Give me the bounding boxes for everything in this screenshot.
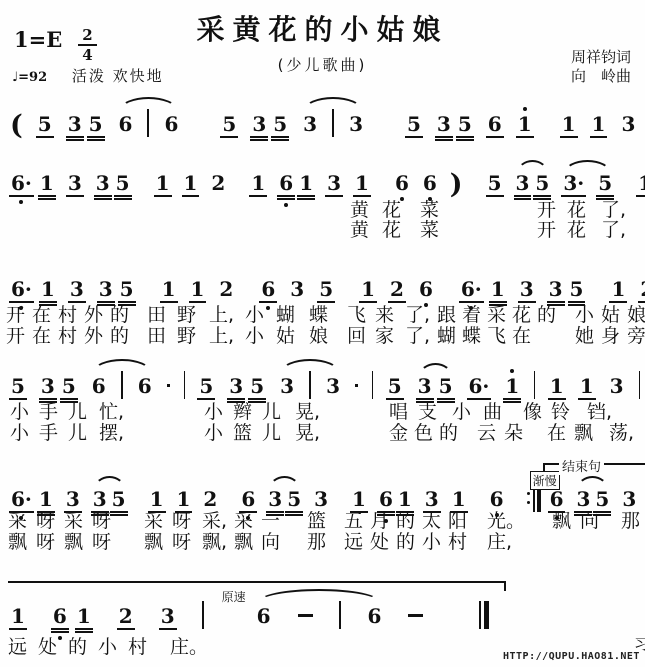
notes-row: (535665353353561113: [10, 105, 639, 135]
music-system: 6·13351126351266·1335126: [10, 270, 639, 300]
tied-group: 35: [515, 172, 551, 194]
lyric-syllable: 娘,: [627, 305, 645, 325]
note: 2: [639, 278, 645, 300]
composer-credit: 向 岭曲: [571, 67, 631, 86]
lyric-syllable: 飘向: [552, 511, 608, 531]
note: 5: [457, 113, 473, 135]
lyric-syllable: 远处的小村: [8, 637, 158, 657]
note: 3: [65, 488, 81, 510]
note: 3: [621, 488, 637, 510]
lyric-syllable: 飘向: [234, 532, 288, 552]
lyric-syllable: 飘呀飘呀: [8, 532, 120, 552]
note: 1: [504, 375, 520, 397]
note: 3: [228, 375, 244, 397]
lyric-syllable: 像铃: [523, 402, 579, 422]
lyric-syllable: 小姑: [575, 305, 627, 325]
note: 3: [325, 375, 341, 397]
note: 1: [490, 278, 506, 300]
lyric-syllable: 摆,: [99, 423, 124, 443]
lyric-syllable: 黄花: [350, 200, 414, 220]
note: 6: [418, 278, 434, 300]
lyric-syllable: 她身: [575, 326, 627, 346]
note: 1: [10, 605, 26, 627]
note: 1: [354, 172, 370, 194]
note: 5: [10, 375, 26, 397]
lyric-syllable: 小手儿: [10, 423, 97, 443]
note: 5: [88, 113, 104, 135]
note: 5: [272, 113, 288, 135]
note: 5: [115, 172, 131, 194]
note: 3: [348, 113, 364, 135]
note: 1: [161, 278, 177, 300]
edge-character: 习: [634, 633, 645, 654]
lyricist-credit: 周祥钧词: [571, 48, 631, 67]
tied-group: 3·5: [562, 172, 613, 194]
key-text: 1=E: [14, 27, 62, 52]
note: 6·: [10, 278, 33, 300]
note: 5: [37, 113, 53, 135]
lyric-syllable: 飘,: [202, 532, 227, 552]
note: 1: [451, 488, 467, 510]
note: 1: [610, 278, 626, 300]
lyric-syllable: 采呀采呀: [8, 511, 120, 531]
note: 1: [298, 172, 314, 194]
note: 5: [119, 278, 135, 300]
note: 3: [67, 113, 83, 135]
lyric-syllable: 了,: [601, 200, 626, 220]
lyric-syllable: 开花: [537, 200, 597, 220]
barline: [147, 109, 149, 137]
note: 1: [517, 113, 533, 135]
lyric-syllable: 小姑: [245, 326, 307, 346]
open-paren: (: [10, 113, 23, 139]
note: 5: [198, 375, 214, 397]
lyric-syllable: 篮: [307, 511, 326, 531]
music-system: 53566535335356·1113: [10, 367, 639, 397]
tied-group: 35: [417, 375, 454, 397]
note: 6: [52, 605, 68, 627]
lyric-syllable: 五月的太阳: [344, 511, 474, 531]
notes-row: 6·13351126353161316渐慢6353: [10, 480, 639, 510]
lyric-syllable: 晃,: [295, 402, 320, 422]
note: 1: [637, 172, 645, 194]
tied-group: 35: [575, 488, 610, 510]
lyric-syllable: 庄。: [170, 637, 208, 657]
note: 1: [40, 278, 56, 300]
note: 3: [92, 488, 108, 510]
note: 2: [210, 172, 226, 194]
note: 6: [549, 488, 565, 510]
tied-group: 66: [91, 371, 153, 397]
note: 1: [149, 488, 165, 510]
note: 6: [240, 488, 256, 510]
lyric-syllable: 开花: [537, 220, 597, 240]
note: 1: [561, 113, 577, 135]
notes-row: 6·13351126351266·1335126: [10, 270, 639, 300]
note: 1: [190, 278, 206, 300]
note: 1: [38, 488, 54, 510]
ending-bracket: 结束句: [543, 463, 645, 472]
lyric-syllable: 采,: [202, 511, 227, 531]
note: 3: [609, 375, 625, 397]
note: 3: [620, 113, 636, 135]
close-paren: ): [450, 172, 463, 198]
note: 3: [575, 488, 591, 510]
lyric-syllable: 金色的: [389, 423, 464, 443]
metronome-mark: ♩=92: [12, 70, 47, 85]
note: 3: [40, 375, 56, 397]
note: 1: [579, 375, 595, 397]
note: 1: [397, 488, 413, 510]
music-system: 6·13351126353161316渐慢6353: [10, 480, 639, 510]
note: 3: [436, 113, 452, 135]
lyric-syllable: 了,: [405, 326, 430, 346]
note: 2: [118, 605, 134, 627]
lyric-syllable: 田野: [147, 326, 207, 346]
barline: [339, 601, 341, 629]
tied-group: 33: [279, 371, 341, 397]
note: 3: [69, 278, 85, 300]
lyric-syllable: 飞来: [347, 305, 403, 325]
lyric-syllable: 跟着采花的: [437, 305, 562, 325]
sheet-music-page: 采黄花的小姑娘 (少儿歌曲) 周祥钧词 向 岭曲 1=E 2 4 ♩=92 活泼…: [0, 0, 645, 667]
note: 1: [76, 605, 92, 627]
key-signature: 1=E 2 4: [14, 27, 97, 63]
note: 3: [417, 375, 433, 397]
barline: [121, 371, 123, 399]
note: 6: [137, 375, 153, 397]
note: 3: [289, 278, 305, 300]
credits: 周祥钧词 向 岭曲: [571, 48, 631, 86]
note: 6: [394, 172, 410, 194]
note: 5: [406, 113, 422, 135]
note: 5: [487, 172, 503, 194]
lyric-syllable: 娘: [309, 326, 328, 346]
lyric-syllable: 采一: [234, 511, 288, 531]
note: 6: [422, 172, 438, 194]
note: 3: [160, 605, 176, 627]
lyric-syllable: 开在村外的: [6, 305, 136, 325]
notes-row: 53566535335356·1113: [10, 367, 639, 397]
barline: [309, 371, 311, 399]
note: 3·: [562, 172, 585, 194]
note: 1: [549, 375, 565, 397]
note: 5: [594, 488, 610, 510]
note: 6: [256, 605, 272, 627]
ending-label: 结束句: [559, 456, 604, 475]
note: 3: [519, 278, 535, 300]
note: 1: [591, 113, 607, 135]
note: 3: [279, 375, 295, 397]
lyric-syllable: 晃,: [295, 423, 320, 443]
lyric-syllable: 菜: [420, 200, 439, 220]
note: 5: [534, 172, 550, 194]
note: 3: [251, 113, 267, 135]
barline: [202, 601, 204, 629]
expression-text: 活泼 欢快地: [72, 67, 164, 85]
note: 5: [597, 172, 613, 194]
music-system: (535665353353561113: [10, 105, 639, 135]
meter-numerator: 2: [78, 27, 96, 46]
duration-dash: [355, 384, 358, 387]
note: 6·: [10, 488, 33, 510]
notes-row: 16123原速66: [10, 597, 639, 627]
duration-dash: [298, 614, 313, 617]
music-system: 16123原速66: [10, 597, 639, 627]
note: 3: [302, 113, 318, 135]
note: 5: [221, 113, 237, 135]
tempo-marking: ♩=92 活泼 欢快地: [12, 65, 164, 86]
note: 2: [218, 278, 234, 300]
note: 1: [176, 488, 192, 510]
lyric-syllable: 云朵: [477, 423, 531, 443]
note: 1: [351, 488, 367, 510]
time-signature: 2 4: [78, 27, 96, 63]
lyric-syllable: 蝴蝶飞在: [437, 326, 537, 346]
note: 6·: [468, 375, 491, 397]
lyric-syllable: 小曲: [452, 402, 514, 422]
final-barline: [479, 601, 489, 629]
source-url: HTTP://QUPU.HAO81.NET: [503, 651, 640, 662]
note: 6: [118, 113, 134, 135]
song-title: 采黄花的小姑娘: [0, 8, 645, 48]
lyric-syllable: 飘呀: [144, 532, 200, 552]
lyric-syllable: 庄,: [487, 532, 512, 552]
metronome-value: =92: [18, 70, 47, 85]
note: 3: [424, 488, 440, 510]
note: 5: [318, 278, 334, 300]
note: 6: [91, 375, 107, 397]
notes-row: 6·13351121613166)5353·5113: [10, 164, 639, 194]
lyric-syllable: 了,: [405, 305, 430, 325]
note: 3: [67, 172, 83, 194]
note: 3: [313, 488, 329, 510]
note: 1: [155, 172, 171, 194]
lyric-syllable: 小手儿: [10, 402, 97, 422]
meter-denominator: 4: [82, 46, 92, 63]
note: 5: [569, 278, 585, 300]
lyric-syllable: 小辫儿: [204, 402, 291, 422]
lyric-syllable: 远处的小村: [344, 532, 474, 552]
lyric-syllable: 唱支: [389, 402, 447, 422]
note: 6·: [10, 172, 33, 194]
lyric-syllable: 在飘: [547, 423, 601, 443]
note: 1: [360, 278, 376, 300]
note: 1: [250, 172, 266, 194]
note: 6: [163, 113, 179, 135]
note: 6: [489, 488, 505, 510]
lyric-syllable: 铛,: [587, 402, 612, 422]
note: 6: [260, 278, 276, 300]
note: 6: [367, 605, 383, 627]
note: 3: [95, 172, 111, 194]
note: 1: [39, 172, 55, 194]
lyric-syllable: 开在村外的: [6, 326, 136, 346]
note: 3: [267, 488, 283, 510]
lyric-syllable: 荡,: [609, 423, 634, 443]
lyric-syllable: 光。: [487, 511, 525, 531]
note: 5: [61, 375, 77, 397]
tied-group: 35: [267, 488, 302, 510]
music-system: 6·13351121613166)5353·5113: [10, 164, 639, 194]
lyric-syllable: 了,: [601, 220, 626, 240]
note: 3: [326, 172, 342, 194]
note: 6: [278, 172, 294, 194]
lyric-syllable: 小篮儿: [204, 423, 291, 443]
lyric-syllable: 黄花: [350, 220, 414, 240]
note: 5: [111, 488, 127, 510]
barline: [332, 109, 334, 137]
note: 2: [389, 278, 405, 300]
lyric-syllable: 上,: [209, 305, 234, 325]
lyric-syllable: 旁,: [627, 326, 645, 346]
tied-group: 33: [302, 109, 364, 135]
tied-group: 66: [118, 109, 180, 135]
duration-dash: [167, 384, 170, 387]
note: 6·: [460, 278, 483, 300]
lyric-syllable: 采呀: [144, 511, 200, 531]
lyric-syllable: 上,: [209, 326, 234, 346]
lyric-syllable: 那: [621, 511, 640, 531]
lyric-syllable: 蝶: [309, 305, 328, 325]
tied-group: 66: [256, 601, 383, 627]
tied-group: 35: [92, 488, 127, 510]
ending-bracket-continuation: [8, 581, 506, 591]
note: 3: [515, 172, 531, 194]
lyric-syllable: 菜: [420, 220, 439, 240]
lyric-syllable: 那: [307, 532, 326, 552]
note: 3: [98, 278, 114, 300]
lyric-syllable: 忙,: [99, 402, 124, 422]
note: 5: [438, 375, 454, 397]
note: 1: [183, 172, 199, 194]
note: 2: [202, 488, 218, 510]
lyric-syllable: 回家: [347, 326, 403, 346]
note: 6: [378, 488, 394, 510]
note: 6: [487, 113, 503, 135]
note: 3: [548, 278, 564, 300]
lyric-syllable: 田野: [147, 305, 207, 325]
note: 5: [286, 488, 302, 510]
duration-dash: [408, 614, 423, 617]
note: 5: [249, 375, 265, 397]
note: 5: [387, 375, 403, 397]
lyric-syllable: 小蝴: [245, 305, 307, 325]
